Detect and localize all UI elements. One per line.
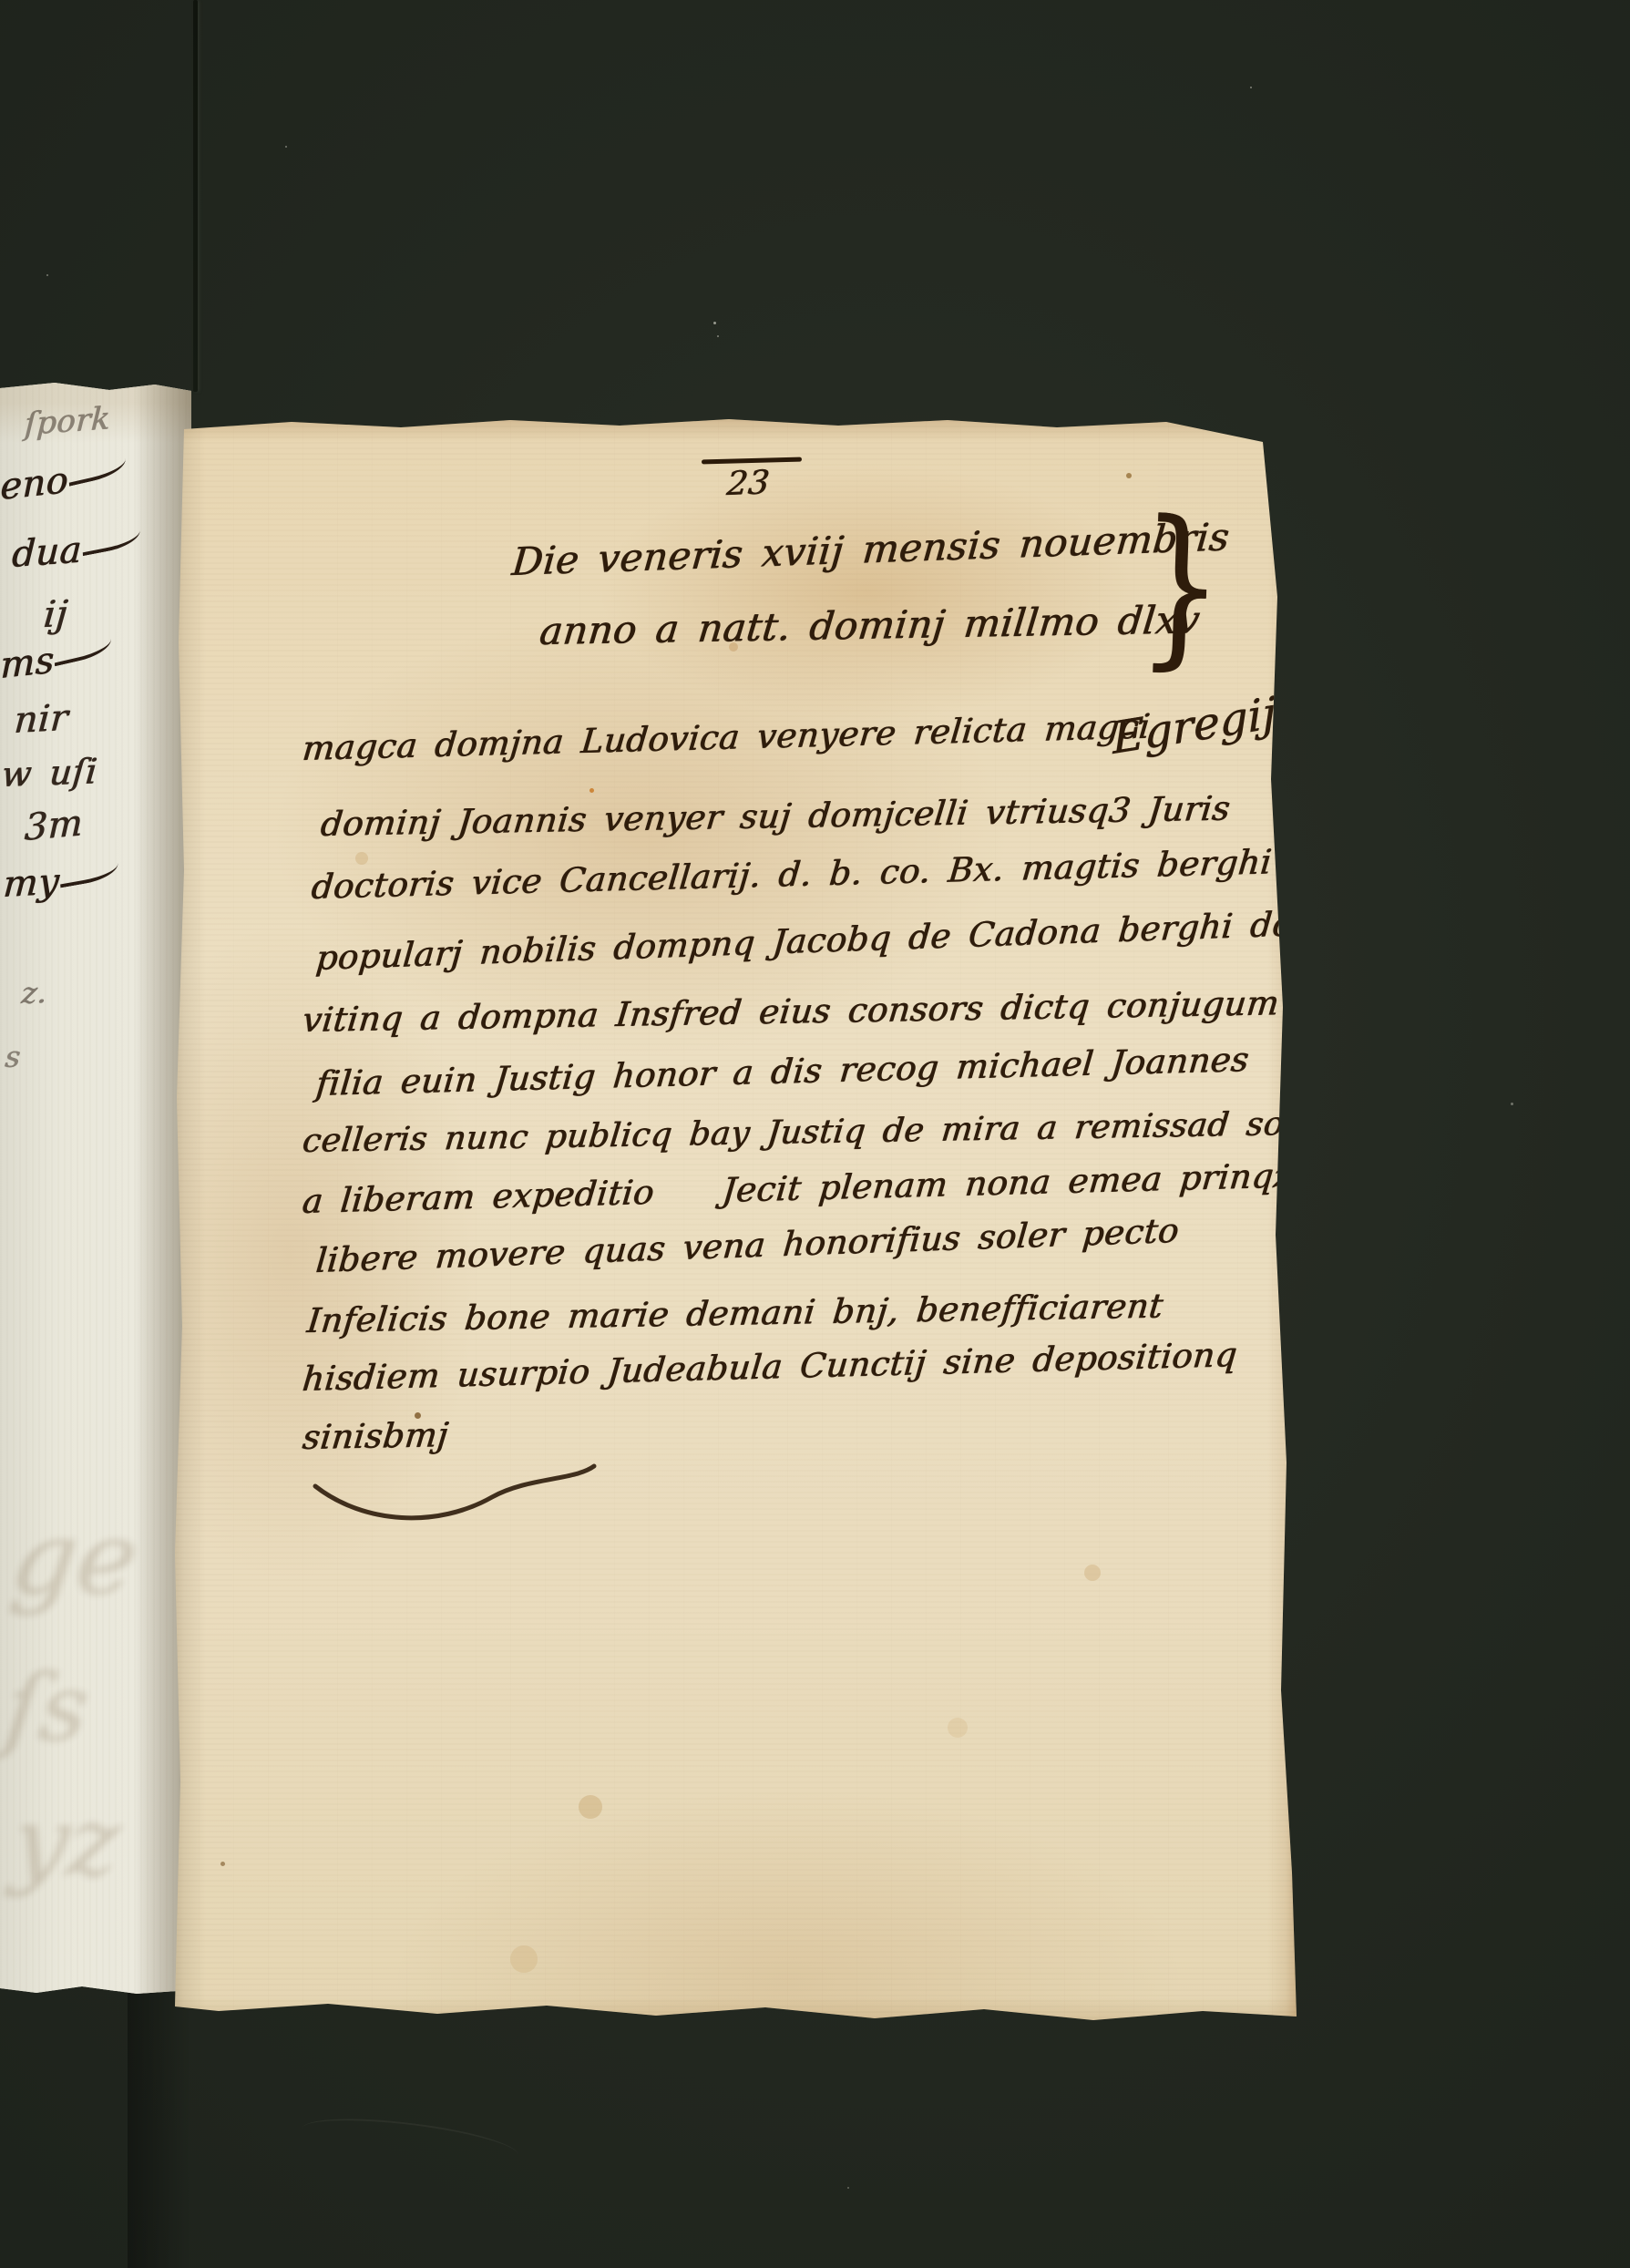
foxing-spot [948,1718,968,1738]
foxing-spot [579,1795,602,1819]
dust-speck [717,335,719,337]
foxing-spot [355,852,368,865]
handwriting-fragment: my [2,857,119,906]
handwriting-fragment: nir [13,697,69,742]
ink-showthrough-mark: ge [5,1500,144,1616]
previous-folio-edge: ſporkenoduaijmsnirw uſi3mmyz.s geſsyz [0,379,191,1996]
cover-crease-line [193,0,198,392]
dust-speck [285,146,287,148]
dust-speck [1511,1103,1513,1105]
foxing-spot [510,1945,538,1973]
ink-showthrough-mark: ſs [0,1655,95,1761]
manuscript-page: 23 Die veneris xviij mensis nouembrisann… [164,415,1298,2029]
dust-speck [713,322,716,324]
foxing-spot [1126,473,1132,478]
foxing-spot [415,1412,421,1419]
foxing-spot [729,642,738,652]
ink-showthrough-mark: yz [7,1787,127,1898]
body-text-line: sinisbmj [301,1415,450,1457]
folio-number: 23 [725,464,771,503]
foxing-spot [1084,1565,1101,1581]
dust-speck [46,274,48,276]
cover-scratch [299,2110,520,2175]
foxing-spot [589,788,594,793]
handwriting-fragment: s [4,1039,22,1074]
dust-speck [847,2187,849,2189]
handwriting-fragment: ſpork [24,400,111,443]
cover-shadow-band [128,1986,191,2268]
heading-brace: } [1137,506,1225,664]
handwriting-fragment: w uſi [0,751,99,795]
foxing-spot [220,1862,225,1866]
handwriting-fragment: z. [20,975,48,1011]
handwriting-fragment: 3m [24,802,84,849]
pen-flourish [310,1461,601,1534]
handwriting-fragment: ij [42,593,69,636]
photo-backdrop: ſporkenoduaijmsnirw uſi3mmyz.s geſsyz 23… [0,0,1630,2268]
dust-speck [1250,87,1252,88]
